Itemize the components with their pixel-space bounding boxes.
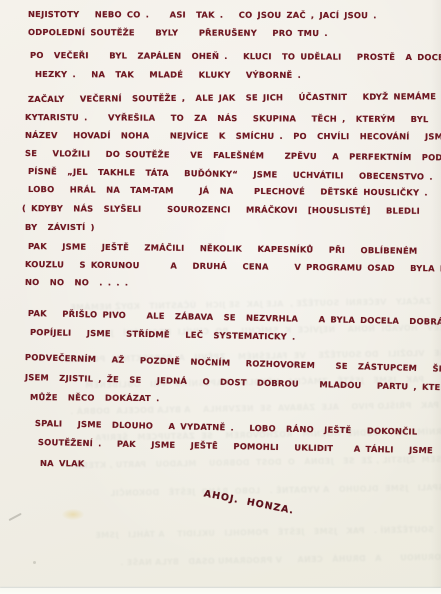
page-edge-shade [431,0,441,594]
handwritten-line: NA VLAK [40,458,85,468]
bleedthrough-text: JSEM ZJISTIL , ŽE SE JEDNÁ O DOST DOBROU… [75,455,441,470]
paper-speck [33,561,36,564]
bleedthrough-text: PAK PŘIŠLO PIVO ALE ZÁBAVA SE NEZVRHLA A… [70,401,439,416]
paper-stain [62,509,84,520]
handwritten-line: NÁZEV HOVADÍ NOHA NEJVÍCE K SMÍCHU . PO … [25,130,441,141]
handwritten-line: ZAČALY VEČERNÍ SOUTĚŽE , ALE JAK SE JICH… [28,91,436,104]
bleedthrough-text: SOUTĚŽENÍ . PAK JSME JEŠTĚ POMOHLI UKLID… [95,525,434,540]
paper-scratch [8,513,21,521]
bleedthrough-text: KOUZLU S KORUNOU A DRUHÁ CENA V PROGRAMU… [120,552,441,568]
handwritten-line: ODPOLEDNÍ SOUTĚŽE BYLY PŘERUŠENY PRO TMU… [28,27,328,38]
handwritten-line: SOUTĚŽENÍ . PAK JSME JEŠTĚ POMOHLI UKLID… [38,437,433,455]
page-bottom-edge [0,588,441,594]
handwritten-line: MŮŽE NĚCO DOKÁZAT . [30,392,160,403]
bleedthrough-text: SPALI JSME DLOUHO A VYDATNĚ . LOBO RÁNO … [110,483,441,498]
signature: AHOJ. HONZA. [203,488,295,516]
handwritten-line: PÍSNĚ „JEL TAKHLE TÁTA BUĎÓNKY“ JSME UCH… [28,166,433,182]
handwritten-line: ( KDYBY NÁS SLYŠELI SOUROZENCI MRÁČKOVI … [22,203,420,216]
handwritten-line: PAK JSME JEŠTĚ ZMÁČILI NĚKOLIK KAPESNÍKŮ… [28,241,418,256]
handwritten-line: KOUZLU S KORUNOU A DRUHÁ CENA V PROGRAMU… [25,259,441,274]
letter-page: ZAČALY VEČERNÍ SOUTĚŽE , ALE JAK SE JICH… [0,0,441,594]
handwritten-line: SPALI JSME DLOUHO A VYDATNĚ . LOBO RÁNO … [35,418,418,437]
handwritten-line: SE VLOŽILI DO SOUTĚŽE VE FALEŠNÉM ZPĚVU … [25,148,441,163]
handwritten-line: PODVEČERNÍM AŽ POZDNĚ NOČNÍM ROZHOVOREM … [25,352,441,374]
handwritten-line: JSEM ZJISTIL , ŽE SE JEDNÁ O DOST DOBROU… [25,372,441,392]
handwritten-line: KYTARISTU . VYŘEŠILA TO ZA NÁS SKUPINA T… [25,112,429,124]
handwritten-line: BY ZÁVISTÍ ) [25,222,95,232]
handwritten-line: NO NO NO . . . . [25,277,128,288]
handwritten-line: PO VEČEŘI BYL ZAPÁLEN OHEŇ . KLUCI TO UD… [30,50,441,62]
handwritten-line: PAK PŘIŠLO PIVO ALE ZÁBAVA SE NEZVRHLA A… [28,308,441,327]
handwritten-line: NEJISTOTY NEBO CO . ASI TAK . CO JSOU ZA… [28,9,377,20]
handwritten-line: LOBO HRÁL NA TAM-TAM JÁ NA PLECHOVÉ DĚTS… [28,184,428,197]
handwritten-line: POPÍJELI JSME STŘÍDMĚ LEČ SYSTEMATICKY . [30,327,296,342]
handwritten-line: HEZKY . NA TAK MLADÉ KLUKY VÝBORNĚ . [35,69,301,80]
